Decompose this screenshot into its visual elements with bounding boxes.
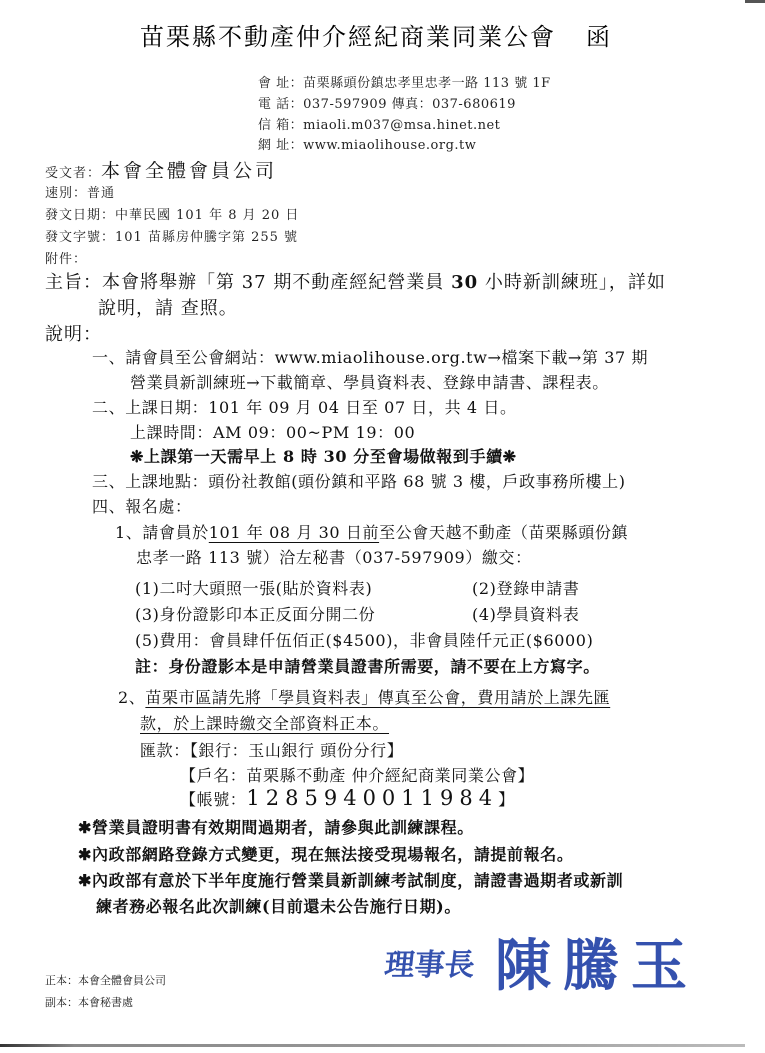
signature-name: 陳騰玉 xyxy=(495,922,699,1002)
asterisk-icon: ✱ xyxy=(78,845,92,864)
deadline: 101 年 08 月 30 日前 xyxy=(209,523,379,542)
speed-line: 速別：普通 xyxy=(45,182,115,201)
item-2-line-1: 二、上課日期：101 年 09 月 04 日至 07 日，共 4 日。 xyxy=(92,395,517,418)
notice-2-text: 內政部網路登錄方式變更，現在無法接受現場報名，請提前報名。 xyxy=(92,845,573,864)
doc-type: 函 xyxy=(586,23,612,51)
contact-website: 網 址：www.miaolihouse.org.tw xyxy=(258,134,476,153)
requirement-2: (2)登錄申請書 xyxy=(472,576,579,599)
date-line: 發文日期：中華民國 101 年 8 月 20 日 xyxy=(45,204,299,223)
scan-edge xyxy=(745,0,765,3)
sub-item-1-line-1: 1、請會員於101 年 08 月 30 日前至公會天越不動產（苗栗縣頭份鎮 xyxy=(115,520,628,543)
sub-item-1-line-2: 忠孝一路 113 號）洽左秘書（037-597909）繳交： xyxy=(136,545,532,568)
contact-address: 會 址：苗栗縣頭份鎮忠孝里忠孝一路 113 號 1F xyxy=(258,72,551,91)
copy-recipient: 副本：本會秘書處 xyxy=(45,994,133,1010)
recipient-line: 受文者：本會全體會員公司 xyxy=(45,156,277,183)
account-no-close: 】 xyxy=(498,790,515,809)
sub1-pre: 1、請會員於 xyxy=(115,523,209,542)
item-3: 三、上課地點：頭份社教館(頭份鎮和平路 68 號 3 樓，戶政事務所樓上) xyxy=(92,469,626,492)
requirement-1: (1)二吋大頭照一張(貼於資料表) xyxy=(135,576,372,599)
recipient: 本會全體會員公司 xyxy=(101,160,277,182)
notice-3: ✱內政部有意於下半年度施行營業員新訓練考試制度，請證書過期者或新訓 xyxy=(78,868,623,891)
requirement-4: (4)學員資料表 xyxy=(472,602,579,625)
asterisk-icon: ✱ xyxy=(78,818,92,837)
contact-email: 信 箱：miaoli.m037@msa.hinet.net xyxy=(258,114,500,133)
notice-3-text: 內政部有意於下半年度施行營業員新訓練考試制度，請證書過期者或新訓 xyxy=(92,871,623,890)
letterhead-title: 苗栗縣不動產仲介經紀商業同業公會函 xyxy=(140,17,612,52)
asterisk-icon: ✱ xyxy=(78,871,92,890)
contact-phone: 電 話：037-597909 傳真：037-680619 xyxy=(258,93,516,112)
notice-1-text: 營業員證明書有效期間過期者，請參與此訓練課程。 xyxy=(92,818,474,837)
notice-2: ✱內政部網路登錄方式變更，現在無法接受現場報名，請提前報名。 xyxy=(78,842,573,865)
scan-edge-bottom xyxy=(0,1044,745,1047)
original-recipient: 正本：本會全體會員公司 xyxy=(45,972,166,988)
item-2-line-2: 上課時間：AM 09：00~PM 19：00 xyxy=(130,420,415,443)
requirement-5: (5)費用：會員肆仟伍佰正($4500)，非會員陸仟元正($6000) xyxy=(135,628,593,651)
item-1-line-1: 一、請會員至公會網站：www.miaolihouse.org.tw→檔案下載→第… xyxy=(92,345,648,368)
notice-3-continued: 練者務必報名此次訓練(目前還未公告施行日期)。 xyxy=(96,894,461,917)
account-number-line: 【帳號：1285940011984】 xyxy=(180,786,515,810)
signature-title: 理事長 xyxy=(383,940,478,984)
subject-line-1: 主旨：本會將舉辦「第 37 期不動產經紀營業員 30 小時新訓練班」，詳如 xyxy=(45,268,666,294)
sub2-text: 苗栗市區請先將「學員資料表」傳真至公會，費用請於上課先匯 xyxy=(145,688,610,707)
sub-item-2-line-2: 款，於上課時繳交全部資料正本。 xyxy=(140,711,389,734)
doc-number-line: 發文字號：101 苗縣房仲騰字第 255 號 xyxy=(45,226,298,245)
subject-text-end: 小時新訓練班」，詳如 xyxy=(478,272,666,293)
sub-item-2-line-1: 2、苗栗市區請先將「學員資料表」傳真至公會，費用請於上課先匯 xyxy=(118,685,610,708)
item-1-line-2: 營業員新訓練班→下載簡章、學員資料表、登錄申請書、課程表。 xyxy=(130,370,609,393)
subject-text: 本會將舉辦「第 37 期不動產經紀營業員 xyxy=(102,272,451,293)
recipient-label: 受文者： xyxy=(45,166,101,181)
subject-label: 主旨： xyxy=(45,272,102,293)
id-copy-note: 註：身份證影本是申請營業員證書所需要，請不要在上方寫字。 xyxy=(135,654,600,677)
account-number: 1285940011984 xyxy=(246,786,498,810)
account-name: 【戶名：苗栗縣不動產 仲介經紀商業同業公會】 xyxy=(180,763,534,786)
org-name: 苗栗縣不動產仲介經紀商業同業公會 xyxy=(140,23,556,51)
notice-1: ✱營業員證明書有效期間過期者，請參與此訓練課程。 xyxy=(78,815,474,838)
subject-line-2: 說明，請 查照。 xyxy=(98,294,238,320)
requirement-3: (3)身份證影印本正反面分開二份 xyxy=(135,602,375,625)
sub2-num: 2、 xyxy=(118,688,145,707)
remit-label: 匯款： xyxy=(140,741,190,760)
explanation-label: 說明： xyxy=(45,320,102,346)
bank-info: 【銀行：玉山銀行 頭份分行】 xyxy=(190,741,404,760)
attachment-line: 附件： xyxy=(45,248,87,267)
subject-hours: 30 xyxy=(451,272,478,293)
item-4: 四、報名處： xyxy=(92,494,192,517)
item-2-note: ❋上課第一天需早上 8 時 30 分至會場做報到手續❋ xyxy=(130,444,517,467)
account-no-label: 【帳號： xyxy=(180,790,246,809)
remittance-bank: 匯款：【銀行：玉山銀行 頭份分行】 xyxy=(140,738,403,761)
sub1-post: 至公會天越不動產（苗栗縣頭份鎮 xyxy=(379,523,628,542)
